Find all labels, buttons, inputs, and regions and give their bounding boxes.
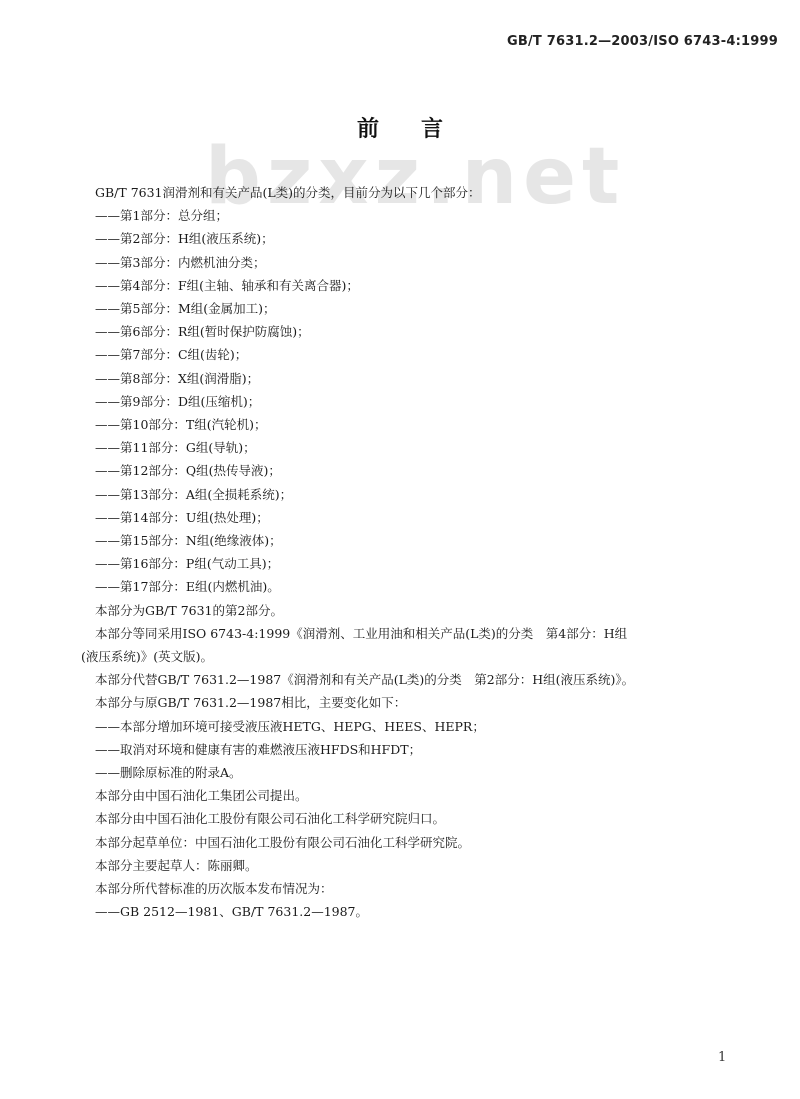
part-item: ——第6部分：R组(暂时保护防腐蚀)； bbox=[95, 320, 755, 343]
paragraph-replaces: 本部分代替GB/T 7631.2—1987《润滑剂和有关产品(L类)的分类 第2… bbox=[95, 668, 755, 691]
part-item: ——第2部分：H组(液压系统)； bbox=[95, 227, 755, 250]
part-item: ——第7部分：C组(齿轮)； bbox=[95, 343, 755, 366]
change-item: ——删除原标准的附录A。 bbox=[95, 761, 755, 784]
part-item: ——第8部分：X组(润滑脂)； bbox=[95, 367, 755, 390]
paragraph-adoption: 本部分等同采用ISO 6743-4:1999《润滑剂、工业用油和相关产品(L类)… bbox=[95, 622, 755, 645]
paragraph-changes-intro: 本部分与原GB/T 7631.2—1987相比，主要变化如下： bbox=[95, 691, 755, 714]
paragraph-adoption-cont: (液压系统)》(英文版)。 bbox=[81, 645, 755, 668]
part-item: ——第4部分：F组(主轴、轴承和有关离合器)； bbox=[95, 274, 755, 297]
part-item: ——第15部分：N组(绝缘液体)； bbox=[95, 529, 755, 552]
history-item: ——GB 2512—1981、GB/T 7631.2—1987。 bbox=[95, 900, 755, 923]
part-item: ——第12部分：Q组(热传导液)； bbox=[95, 459, 755, 482]
standard-code-header: GB/T 7631.2—2003/ISO 6743-4:1999 bbox=[507, 34, 778, 49]
intro-paragraph: GB/T 7631润滑剂和有关产品(L类)的分类，目前分为以下几个部分： bbox=[95, 181, 755, 204]
paragraph-managed-by: 本部分由中国石油化工股份有限公司石油化工科学研究院归口。 bbox=[95, 807, 755, 830]
part-item: ——第14部分：U组(热处理)； bbox=[95, 506, 755, 529]
part-item: ——第3部分：内燃机油分类； bbox=[95, 251, 755, 274]
paragraph-proposed-by: 本部分由中国石油化工集团公司提出。 bbox=[95, 784, 755, 807]
change-item: ——取消对环境和健康有害的难燃液压液HFDS和HFDT； bbox=[95, 738, 755, 761]
part-item: ——第5部分：M组(金属加工)； bbox=[95, 297, 755, 320]
foreword-body: GB/T 7631润滑剂和有关产品(L类)的分类，目前分为以下几个部分： ——第… bbox=[95, 181, 755, 924]
paragraph-drafting-unit: 本部分起草单位：中国石油化工股份有限公司石油化工科学研究院。 bbox=[95, 831, 755, 854]
part-item: ——第10部分：T组(汽轮机)； bbox=[95, 413, 755, 436]
part-item: ——第13部分：A组(全损耗系统)； bbox=[95, 483, 755, 506]
page-number: 1 bbox=[718, 1050, 726, 1065]
paragraph-drafters: 本部分主要起草人：陈丽卿。 bbox=[95, 854, 755, 877]
paragraph-part-of: 本部分为GB/T 7631的第2部分。 bbox=[95, 599, 755, 622]
part-item: ——第1部分：总分组； bbox=[95, 204, 755, 227]
part-item: ——第11部分：G组(导轨)； bbox=[95, 436, 755, 459]
paragraph-history-intro: 本部分所代替标准的历次版本发布情况为： bbox=[95, 877, 755, 900]
page-title: 前言 bbox=[0, 112, 800, 143]
part-item: ——第16部分：P组(气动工具)； bbox=[95, 552, 755, 575]
part-item: ——第9部分：D组(压缩机)； bbox=[95, 390, 755, 413]
change-item: ——本部分增加环境可接受液压液HETG、HEPG、HEES、HEPR； bbox=[95, 715, 755, 738]
part-item: ——第17部分：E组(内燃机油)。 bbox=[95, 575, 755, 598]
